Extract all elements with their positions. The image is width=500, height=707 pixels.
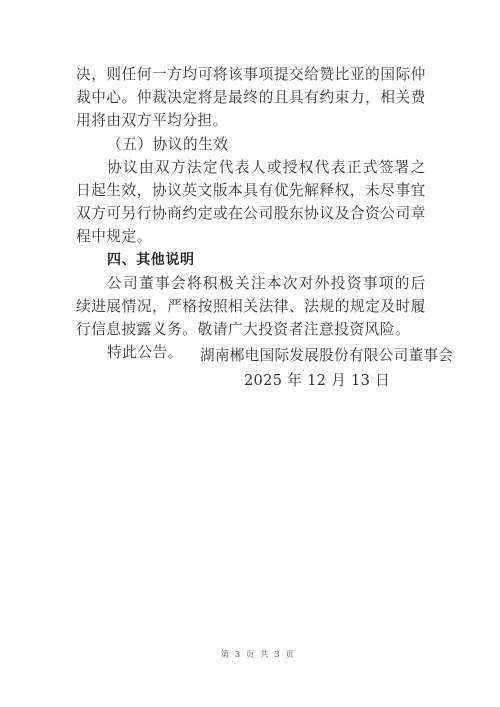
section-4-title: 四、其他说明: [76, 249, 426, 272]
page-footer: 第 3 页 共 3 页: [0, 648, 500, 660]
section-4-body: 公司董事会将积极关注本次对外投资事项的后续进展情况，严格按照相关法律、法规的规定…: [76, 272, 426, 342]
signature-block: 湖南郴电国际发展股份有限公司董事会 2025 年 12 月 13 日: [200, 344, 434, 393]
company-name: 湖南郴电国际发展股份有限公司董事会: [200, 344, 434, 369]
section-5-body: 协议由双方法定代表人或授权代表正式签署之日起生效，协议英文版本具有优先解释权，未…: [76, 156, 426, 249]
section-5-title: （五）协议的生效: [76, 133, 426, 156]
continuation-paragraph: 决，则任何一方均可将该事项提交给赞比亚的国际仲裁中心。仲裁决定将是最终的且具有约…: [76, 63, 426, 133]
document-page: 决，则任何一方均可将该事项提交给赞比亚的国际仲裁中心。仲裁决定将是最终的且具有约…: [0, 0, 500, 707]
document-body: 决，则任何一方均可将该事项提交给赞比亚的国际仲裁中心。仲裁决定将是最终的且具有约…: [76, 63, 426, 365]
signature-date: 2025 年 12 月 13 日: [200, 369, 434, 394]
